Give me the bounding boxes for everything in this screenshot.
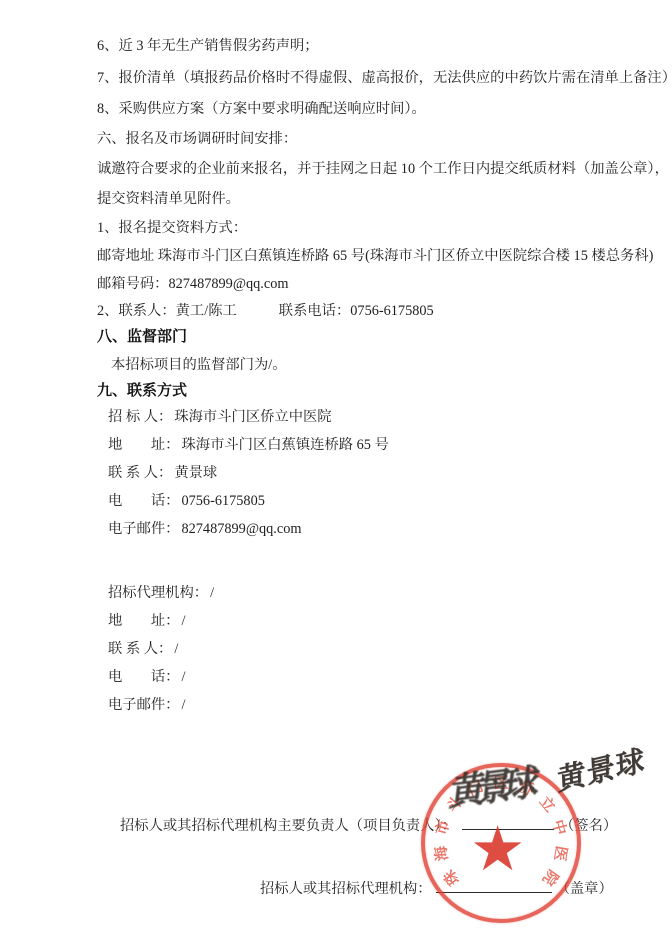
signature-line1-label: 招标人或其招标代理机构主要负责人（项目负责人）： bbox=[120, 818, 456, 834]
tenderer-row-phone: 电 话：0756-6175805 bbox=[97, 493, 663, 510]
seal-text-char: 中 bbox=[548, 817, 572, 837]
tenderer-label: 地 址： bbox=[108, 437, 179, 454]
tenderer-label: 电子邮件： bbox=[108, 521, 179, 538]
agency-value: / bbox=[181, 697, 185, 713]
agency-row-email: 电子邮件：/ bbox=[97, 697, 663, 714]
agency-value: / bbox=[181, 669, 185, 685]
tenderer-row-address: 地 址：珠海市斗门区白蕉镇连桥路 65 号 bbox=[97, 437, 663, 454]
handwritten-signature-over-seal: 黄景球 bbox=[447, 754, 534, 816]
agency-row-address: 地 址：/ bbox=[97, 613, 663, 630]
document-body: 6、近 3 年无生产销售假劣药声明； 7、报价清单（填报药品价格时不得虚假、虚高… bbox=[97, 38, 663, 725]
agency-label: 联 系 人： bbox=[108, 641, 172, 658]
doc-line-supervision-body: 本招标项目的监督部门为/。 bbox=[97, 357, 663, 374]
agency-label: 电子邮件： bbox=[108, 697, 179, 714]
tenderer-row-contact: 联 系 人：黄景球 bbox=[97, 465, 663, 482]
agency-row-name: 招标代理机构：/ bbox=[97, 585, 663, 602]
tenderer-label: 联 系 人： bbox=[108, 465, 172, 482]
agency-label: 地 址： bbox=[108, 613, 179, 630]
section-heading-contact-info: 九、联系方式 bbox=[97, 383, 663, 400]
seal-text-char: 珠 bbox=[438, 866, 464, 890]
tenderer-label: 招 标 人： bbox=[108, 409, 172, 426]
doc-line-attachment: 提交资料清单见附件。 bbox=[97, 191, 663, 208]
tenderer-value: 827487899@qq.com bbox=[181, 521, 301, 537]
contact-phone: 联系电话：0756-6175805 bbox=[279, 303, 434, 320]
seal-text-char: 立 bbox=[535, 791, 561, 816]
seal-text-char: 海 bbox=[429, 844, 452, 862]
agency-value: / bbox=[174, 641, 178, 657]
doc-line-contact: 2、联系人：黄工/陈工联系电话：0756-6175805 bbox=[97, 303, 663, 320]
tenderer-value: 黄景球 bbox=[174, 465, 217, 481]
signature-line2-label: 招标人或其招标代理机构： bbox=[260, 881, 432, 897]
tenderer-value: 珠海市斗门区白蕉镇连桥路 65 号 bbox=[181, 437, 388, 453]
doc-line-item7: 7、报价清单（填报药品价格时不得虚假、虚高报价，无法供应的中药饮片需在清单上备注… bbox=[97, 70, 663, 87]
agency-label: 招标代理机构： bbox=[108, 585, 208, 602]
handwritten-signature: 黄景球 bbox=[556, 738, 646, 800]
seal-text-char: 医 bbox=[549, 844, 572, 862]
tenderer-value: 0756-6175805 bbox=[181, 493, 264, 509]
doc-line-mail-box: 邮箱号码：827487899@qq.com bbox=[97, 276, 663, 293]
agency-row-phone: 电 话：/ bbox=[97, 669, 663, 686]
tenderer-row-name: 招 标 人：珠海市斗门区侨立中医院 bbox=[97, 409, 663, 426]
tenderer-row-email: 电子邮件：827487899@qq.com bbox=[97, 521, 663, 538]
contact-names: 2、联系人：黄工/陈工 bbox=[97, 303, 237, 319]
seal-text-char: 院 bbox=[538, 866, 564, 890]
agency-label: 电 话： bbox=[108, 669, 179, 686]
section-heading-supervision: 八、监督部门 bbox=[97, 329, 663, 346]
seal-text-char: 市 bbox=[430, 817, 454, 837]
doc-line-invitation: 诚邀符合要求的企业前来报名，并于挂网之日起 10 个工作日内提交纸质材料（加盖公… bbox=[97, 161, 663, 178]
agency-value: / bbox=[181, 613, 185, 629]
tenderer-label: 电 话： bbox=[108, 493, 179, 510]
section-heading-schedule: 六、报名及市场调研时间安排： bbox=[97, 131, 663, 148]
doc-line-item8: 8、采购供应方案（方案中要求明确配送响应时间）。 bbox=[97, 101, 663, 118]
doc-line-mail-address: 邮寄地址 珠海市斗门区白蕉镇连桥路 65 号(珠海市斗门区侨立中医院综合楼 15… bbox=[97, 248, 663, 265]
doc-line-submit-method: 1、报名提交资料方式： bbox=[97, 220, 663, 237]
tenderer-value: 珠海市斗门区侨立中医院 bbox=[174, 409, 331, 425]
seal-star-icon: ★ bbox=[470, 818, 526, 880]
agency-row-contact: 联 系 人：/ bbox=[97, 641, 663, 658]
document-page: 6、近 3 年无生产销售假劣药声明； 7、报价清单（填报药品价格时不得虚假、虚高… bbox=[0, 0, 672, 940]
doc-line-item6: 6、近 3 年无生产销售假劣药声明； bbox=[97, 38, 663, 55]
agency-value: / bbox=[210, 585, 214, 601]
